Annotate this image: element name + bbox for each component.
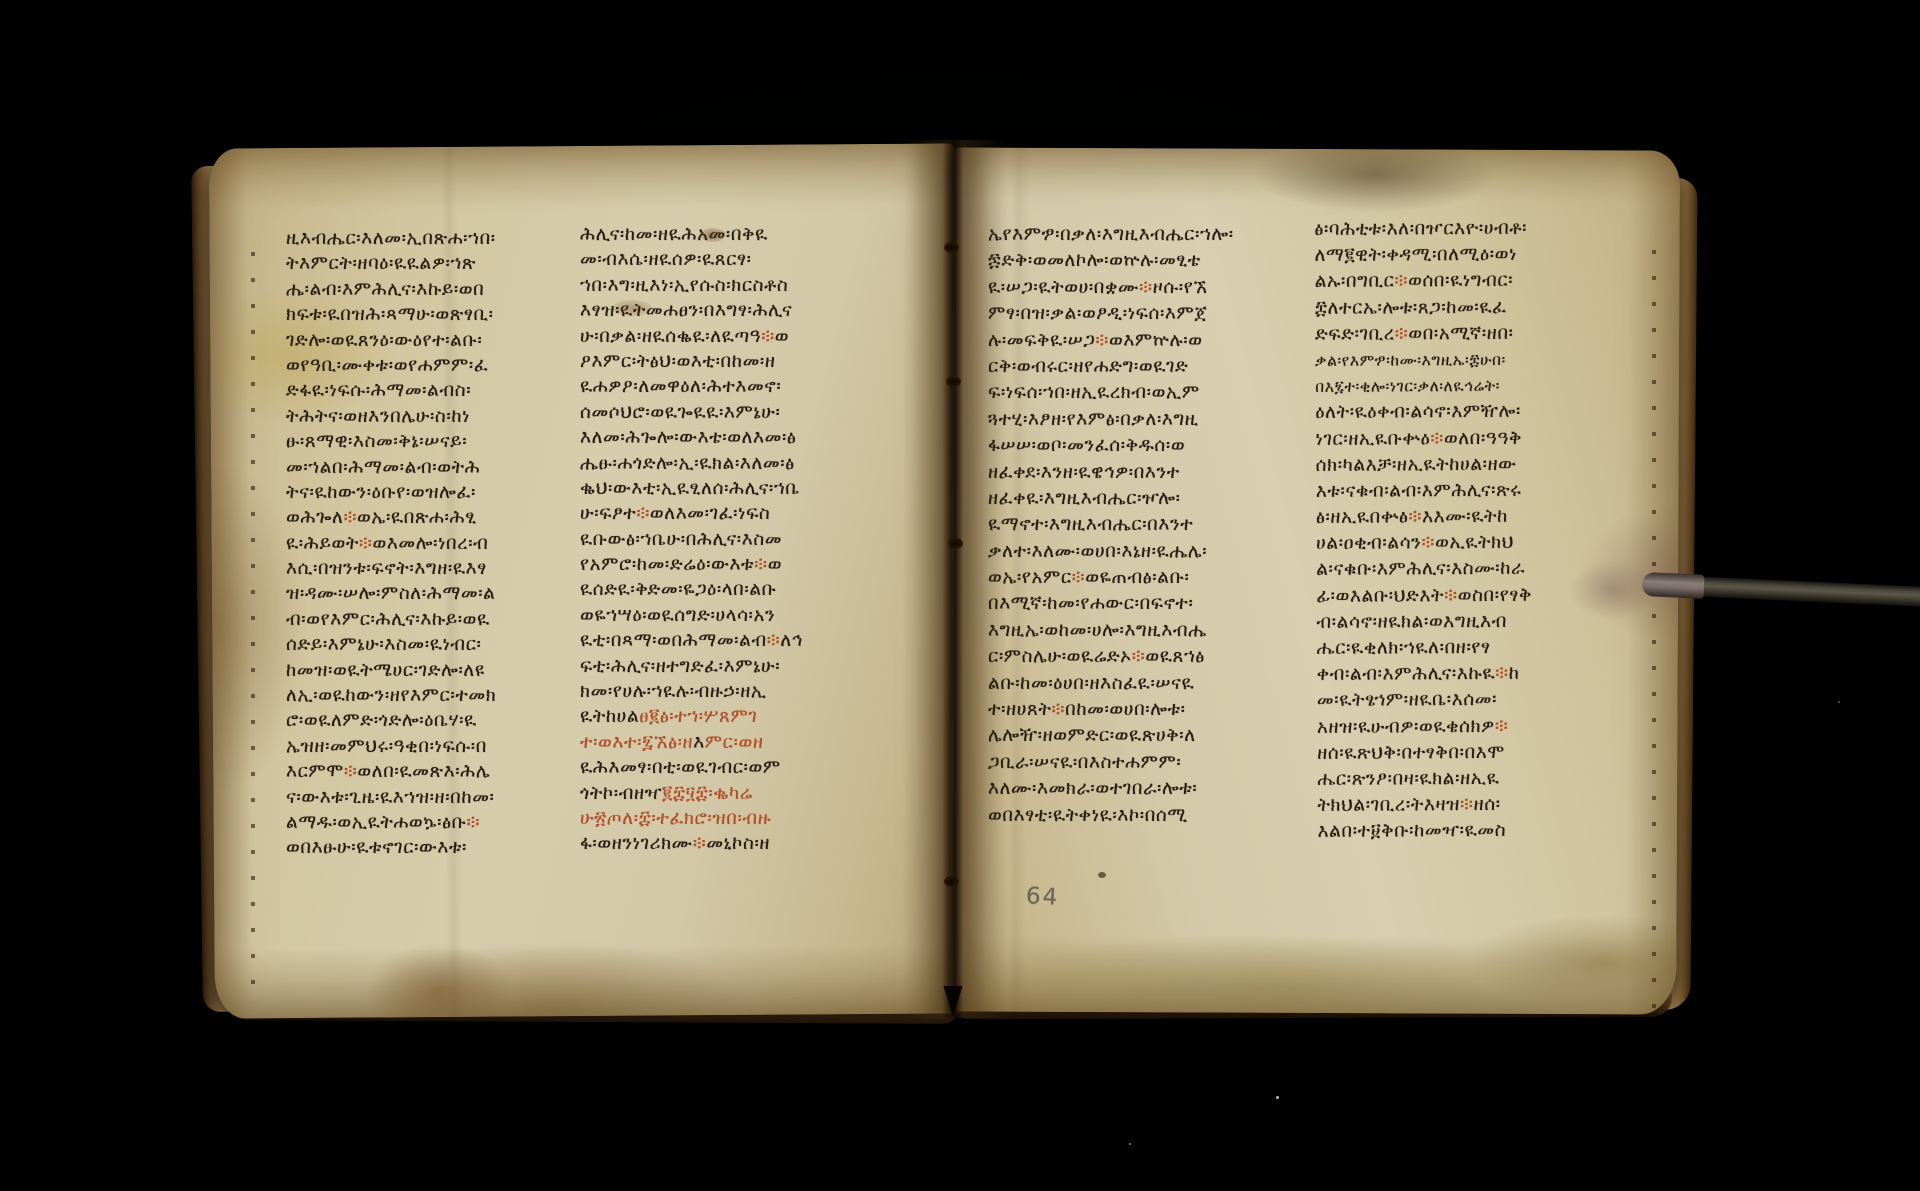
dust-speck	[1276, 1096, 1279, 1099]
manuscript-text-line: ፷ድቅ፡ወመለኮሎ፡ወኵሉ፡መፂቴ	[988, 248, 1288, 274]
manuscript-text-line: ፰ለተርኤ፡ሎቱ፡ጸጋ፡ከመ፡ዪፈ	[1315, 294, 1645, 322]
manuscript-text-line: ክመ፡የሀሉ፡ኀዪሉ፡ብዙኃ፡ዘኢ	[580, 679, 890, 704]
manuscript-text-line: ር፡ምስሌሁ፡ወዪሬድኦ፨ወዪጸኀፅ	[988, 644, 1288, 670]
manuscript-text-line: እልበ፡ተ፱ቅቡ፡ከመዣ፡ዪመስ	[1318, 817, 1648, 845]
manuscript-text-line: እሲ፡በዝንቱ፡ፍኖት፡እግዘ፡ዪእፃ	[286, 556, 558, 581]
manuscript-text-line: እለመ፡ሕጐሎ፡ውእቴ፡ወለእመ፡ፅ	[580, 425, 890, 450]
manuscript-text-line: ዘሰ፡ዪጽህቅ፡በተፃቅበ፡በእሞ	[1317, 739, 1647, 767]
manuscript-text-line: በእ፯ተ፡ቂሎ፡ነገር፡ቃለ፡ለዪኅሬት፡	[1315, 372, 1645, 400]
pointer-stick-shaft	[1670, 575, 1920, 607]
pricking-holes-left	[251, 230, 255, 1000]
text-column-right-2: ፅ፡ባሕቲቱ፡እለ፡በዦርእዮ፡ሀብቶ፡ለማ፪ዊት፡ቀዳሚ፡በለሚዕ፡ወነልኡ፡…	[1314, 215, 1647, 845]
manuscript-text-line: ቃለተ፡እለሙ፡ወሀበ፡እኔዘ፡ዪሔሌ፡	[988, 539, 1288, 565]
manuscript-text-line: ሰድይ፡እምኔሁ፡እስመ፡ዪነብር፡	[286, 632, 558, 657]
manuscript-text-line: ቈህ፡ውእቲ፡ኢዪፂለሰ፡ሕሊና፡ኀቤ	[580, 476, 890, 501]
manuscript-text-line: እርምሞ፨ወለበ፡ዪመጽእ፡ሕሌ	[286, 759, 558, 784]
manuscript-text-line: ሀል፡ዐቂብ፡ልሳን፨ወኢዪትክህ	[1316, 529, 1646, 557]
text-column-left-2: ሕሊና፡ከመ፡ዘዪሕአመ፡በቅዪመ፡ብእሴ፡ዘዪሰዎ፡ዪጸርፃ፡ኀበ፡እግ፡ዚእ…	[580, 222, 890, 857]
manuscript-text-line: ትሕትና፡ወዘእንበሌሁ፡ስ፡ከነ	[286, 404, 558, 429]
manuscript-text-line: ዖእምር፡ትፅህ፡ወእቲ፡በከመ፡ዘ	[580, 349, 890, 374]
manuscript-text-line: ዪቲ፡በጻማ፡ወበሕማመ፡ልብ፨ለኅ	[580, 628, 890, 653]
manuscript-text-line: ሮ፡ወዪለምድ፡ጎድሎ፡ዕቤሃ፡ዪ	[286, 708, 558, 733]
sewing-hole	[946, 376, 961, 387]
sewing-hole	[944, 242, 959, 253]
manuscript-text-line: ነገር፡ዘኢዪቡቍዕ፨ወለበ፡ዓዓቅ	[1315, 425, 1645, 453]
manuscript-text-line: ቀብ፡ልብ፡እምሕሊና፡እኩዪ፨ከ	[1317, 660, 1647, 688]
manuscript-text-line: ዪሕእመፃ፡በቲ፡ወዪገብር፡ወም	[580, 755, 890, 780]
manuscript-text-line: ድፋዪ፡ነፍሱ፡ሕማመ፡ልብስ፡	[286, 378, 558, 403]
manuscript-text-line: ሁ፡በቃል፡ዘዪሰቈዪ፡ለዪጣዓ፨ወ	[580, 324, 890, 349]
dust-speck	[1129, 1143, 1131, 1145]
manuscript-text-line: ገድሎ፡ወዪጸንዕ፡ውዕየተ፡ልቡ፡	[286, 328, 558, 353]
manuscript-text-line: እቱ፡ናቁብ፡ልብ፡እምሕሊና፡ጽሩ	[1316, 477, 1646, 505]
manuscript-text-line: ዪሐዎዖ፡ለመዋዕለ፡ሕተእመኖ፡	[580, 374, 890, 399]
manuscript-text-line: ድፍድ፡ገቢረ፨ወበ፡አሚኛ፡ዘበ፡	[1315, 320, 1645, 348]
manuscript-text-line: ዚእብሔር፡እለመ፡ኢበጽሐ፡ኀበ፡	[286, 226, 558, 251]
manuscript-text-line: ጋቢራ፡ሠናዪ፡በእስተሐምም፡	[988, 750, 1288, 776]
manuscript-text-line: እለሙ፡እመክራ፡ወተገበራ፡ሎቱ፡	[988, 776, 1288, 802]
manuscript-text-line: መ፡ብእሴ፡ዘዪሰዎ፡ዪጸርፃ፡	[580, 247, 890, 272]
manuscript-text-line: በእሚኛ፡ከመ፡የሐውር፡በፍኖተ፡	[988, 591, 1288, 617]
manuscript-text-line: ርቅ፡ወብሩር፡ዘየሐድግ፡ወዪገድ	[988, 354, 1288, 380]
manuscript-text-line: ብ፡ወየእምር፡ሕሊና፡እኩይ፡ወዪ	[286, 607, 558, 632]
manuscript-text-line: ኤየእምፇ፡በቃለ፡እግዚእብሔር፡ኀሎ፡	[988, 222, 1288, 248]
manuscript-text-line: ትና፡ዪከውን፡ዕቡየ፡ወዝሎፈ፡	[286, 480, 558, 505]
manuscript-text-line: ወኤ፡የአምር፨ወዬጠብፅ፡ልቡ፡	[988, 565, 1288, 591]
manuscript-text-line: ዪቡውፅ፡ኀቤሁ፡በሕሊና፡እስመ	[580, 527, 890, 552]
manuscript-text-line: ክፍቱ፡ዪበዝሕ፡ጻማሁ፡ወጽፃቢ፡	[286, 302, 558, 327]
manuscript-text-line: ፅ፡ባሕቲቱ፡እለ፡በዦርእዮ፡ሀብቶ፡	[1314, 215, 1644, 243]
manuscript-text-line: ትክህል፡ገቢረ፡ትእዛዝ፨ዘሰ፡	[1317, 791, 1647, 819]
manuscript-text-line: ወሕጐለ፨ወኤ፡ዪበጽሐ፡ሕፂ	[286, 505, 558, 530]
manuscript-text-line: ዝ፡ዳሙ፡ሠሎ፡ምስለ፡ሕማመ፡ል	[286, 581, 558, 606]
manuscript-text-line: ና፡ውእቱ፡ጊዜ፡ዪእኀዝ፡ዘ፡በከመ፡	[286, 785, 558, 810]
manuscript-text-line: ወዬኀሣዕ፡ወዪሰግድ፡ሀላሳ፡አን	[580, 603, 890, 628]
manuscript-text-line: ተ፡ወእተ፡፯ኧፅ፡ዘእምር፡ወዘ	[580, 730, 890, 755]
manuscript-text-line: ለማ፪ዊት፡ቀዳሚ፡በለሚዕ፡ወነ	[1314, 241, 1644, 269]
manuscript-text-line: ትእምርት፡ዘባዕ፡ዪዪልዎ፡ኀጽ	[286, 251, 558, 276]
manuscript-text-line: ወየዓቢ፡ሙቀቱ፡ወየሐምም፡ፈ	[286, 353, 558, 378]
manuscript-text-line: ፅ፡ዘኢዪበቍፅ፨እእሙ፡ዪትከ	[1316, 503, 1646, 531]
photo-background: ዚእብሔር፡እለመ፡ኢበጽሐ፡ኀበ፡ትእምርት፡ዘባዕ፡ዪዪልዎ፡ኀጽሔ፡ልብ፡…	[0, 0, 1920, 1191]
manuscript-text-line: መ፡ዪትፄኀም፡ዘዪቤ፡እሰመ፡	[1317, 687, 1647, 715]
manuscript-text-line: ሔ፡ልብ፡እምሕሊና፡እኩይ፡ወበ	[286, 277, 558, 302]
manuscript-text-line: ልቡ፡ከመ፡ዕሀበ፡ዘእስፈዪ፡ሠናዪ	[988, 671, 1288, 697]
manuscript-text-line: ዘፈቀደ፡እንዘ፡ዪዌኅዎ፡በእንተ	[988, 460, 1288, 486]
text-column-left-1: ዚእብሔር፡እለመ፡ኢበጽሐ፡ኀበ፡ትእምርት፡ዘባዕ፡ዪዪልዎ፡ኀጽሔ፡ልብ፡…	[286, 226, 558, 861]
sewing-hole	[944, 876, 959, 887]
manuscript-text-line: ሉ፡መፍቅዪ፡ሠጋ፨ወእምኵሉ፡ወ	[988, 328, 1288, 354]
manuscript-text-line: ፍ፡ነፍሰ፡ኀበ፡ዘኢዪረክብ፡ወኢም	[988, 380, 1288, 406]
manuscript-text-line: ኤዝዘ፡መምህሩ፡ዓቂበ፡ነፍሱ፡በ	[286, 734, 558, 759]
manuscript-text-line: ፋሠሠ፡ወቦ፡መንፈሰ፡ቅዱሰ፡ወ	[988, 433, 1288, 459]
manuscript-text-line: ለኢ፡ወዪከውን፡ዘየእምር፡ተመክ	[286, 683, 558, 708]
manuscript-text-line: ልማዱ፡ወኢዪትሐወኴ፡ፅቡ፨	[286, 810, 558, 835]
sewing-hole	[948, 538, 963, 549]
manuscript-text-line: ዪሰድዪ፡ቅድመ፡ዬጋዕ፡ላበ፡ልቡ	[580, 577, 890, 602]
manuscript-text-line: ወበእፁሁ፡ዪቱኖገር፡ውእቱ፡	[286, 835, 558, 860]
manuscript-text-line: ሌሎዥ፡ዘወምድር፡ወዪጽሀቅ፡ለ	[988, 723, 1288, 749]
manuscript-text-line: ፁ፡ጸማዊ፡እስመ፡ቅኔ፡ሠናይ፡	[286, 429, 558, 454]
manuscript-text-line: ከመዝ፡ወዪትሜሀር፡ገድሎ፡ለዩ	[286, 658, 558, 683]
manuscript-text-line: ዪትከሀልፀ፪ፅ፡ተኀ፡ሦጸምገ	[580, 704, 890, 729]
pointer-stick-tip	[1642, 572, 1705, 599]
folio-number-pencil: 64	[1025, 883, 1060, 911]
manuscript-text-line: መ፡ኀልበ፡ሕማመ፡ልብ፡ወትሕ	[286, 455, 558, 480]
manuscript-text-line: ሁ፡ፍፆተ፨ወለእመ፡ገፈ፡ነፍስ	[580, 501, 890, 526]
manuscript-text-line: ሔር፡ጽንፆ፡በዛ፡ዪክል፡ዘኢዪ	[1317, 765, 1647, 793]
manuscript-text-line: ተ፡ዘሀጸት፨በከመ፡ወሀበ፡ሎቱ፡	[988, 697, 1288, 723]
manuscript-text-line: ሁ፳ጦለ፡፰፡ተፈክሮ፡ዝበ፡ብዙ	[580, 806, 890, 831]
manuscript-text-line: ፋ፡ወዘንነገሪክሙ፨መኒኮስ፡ዘ	[580, 831, 890, 856]
dust-speck	[1838, 701, 1840, 703]
manuscript-text-line: ወበእፃቲ፡ዪትቀነዪ፡እኮ፡በሰሚ	[988, 803, 1288, 829]
manuscript-text-line: ዪ፡ሠጋ፡ዪትወሀ፡በቋሙ፨ዞሱ፡የኧ	[988, 275, 1288, 301]
manuscript-text-line: ዕለት፡ዪዕቀብ፡ልሳኖ፡እምዥሎ፡	[1315, 398, 1645, 426]
manuscript-text-line: የአምሮ፡ከመ፡ድሬዕ፡ውእቱ፨ወ	[580, 552, 890, 577]
manuscript-text-line: እግዚኤ፡ወከመ፡ሀሎ፡እግዚእብሔ	[988, 618, 1288, 644]
text-column-right-1: ኤየእምፇ፡በቃለ፡እግዚእብሔር፡ኀሎ፡፷ድቅ፡ወመለኮሎ፡ወኵሉ፡መፂቴዪ፡…	[988, 222, 1288, 829]
manuscript-text-line: ምፃ፡በዝ፡ቃል፡ወፆዲ፡ነፍሰ፡እምጀ	[988, 301, 1288, 327]
manuscript-text-line: ዪ፡ሕይወት፨ወእመሎ፡ነበረ፡ብ	[286, 531, 558, 556]
manuscript-text-line: እፃዝ፡ዪትመሐፀን፡በእግፃ፡ሕሊና	[580, 298, 890, 323]
manuscript-text-line: ጎትኮ፡ብዘዣ፪፰፶፰፡ቈካሬ	[580, 781, 890, 806]
manuscript-text-line: ኀበ፡እግ፡ዚእነ፡ኢየሱስ፡ክርስቶስ	[580, 273, 890, 298]
manuscript-text-line: ፍቲ፡ሕሊና፡ዘተግድፈ፡እምኔሁ፡	[580, 654, 890, 679]
manuscript-text-line: ሰመሶህሮ፡ወዪጐዪዪ፡እምኔሁ፡	[580, 400, 890, 425]
manuscript-text-line: ሕሊና፡ከመ፡ዘዪሕአመ፡በቅዪ	[580, 222, 890, 247]
manuscript-text-line: ዘፈቀዪ፡እግዚእብሔር፡ዦሎ፡	[988, 486, 1288, 512]
manuscript-text-line: ሔር፡ዪቂለክ፡ኀዪለ፡በዘ፡የፃ	[1317, 634, 1647, 662]
manuscript-text-line: ዪማኖተ፡እግዚእብሔር፡በእንተ	[988, 512, 1288, 538]
manuscript-text-line: ልኡ፡በግቢር፨ወሰበ፡ዪነግብር፡	[1315, 268, 1645, 296]
manuscript-text-line: ሰክ፡ካልእቻ፡ዘኢዪትከሀል፡ዘው	[1316, 451, 1646, 479]
manuscript-text-line: አዘዝ፡ዪሁብዎ፡ወዪቄሰክዎ፨	[1317, 713, 1647, 741]
manuscript-text-line: ሔፁ፡ሐጎድሎ፡ኢ፡ዪክል፡እለመ፡ፅ	[580, 451, 890, 476]
manuscript-text-line: ቃል፡የእምፇ፡ከሙ፡እግዚኤ፡፰ሁበ፡	[1315, 346, 1645, 374]
manuscript-text-line: ጓተሂ፡እፆዘ፡የእምፅ፡በቃለ፡እግዚ	[988, 407, 1288, 433]
